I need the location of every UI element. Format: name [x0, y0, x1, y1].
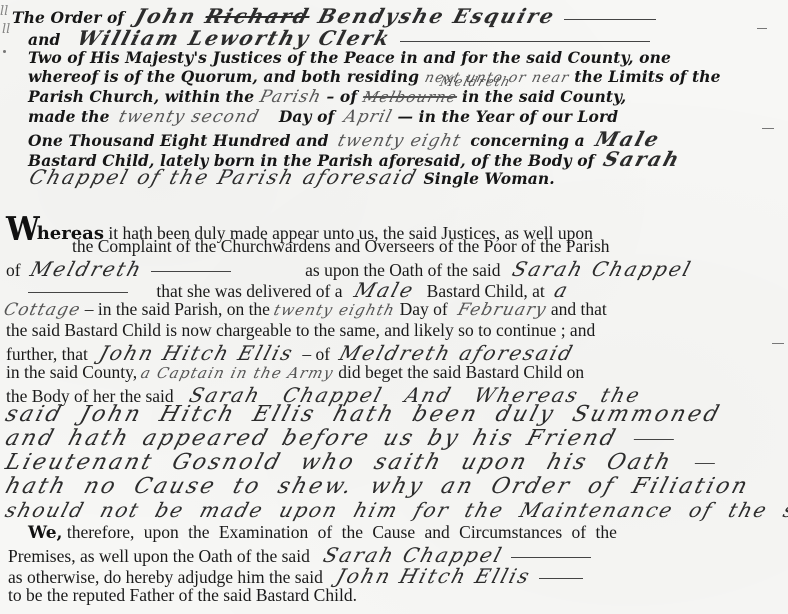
handwritten-sex: Male	[352, 280, 417, 300]
order-line-3: Two of His Majesty's Justices of the Pea…	[28, 50, 671, 66]
order-line-4: whereof is of the Quorum, and both resid…	[28, 69, 721, 85]
blackletter-heading: We,	[28, 523, 62, 543]
print-text: in the said Parish, on the	[98, 299, 270, 319]
fill-rule	[28, 292, 128, 293]
fill-rule	[151, 271, 231, 272]
whereas-line-2: the Complaint of the Churchwardens and O…	[72, 238, 610, 256]
print-text: of	[6, 260, 21, 280]
handwritten-parish: Parish	[258, 89, 323, 106]
print-text: Premises, as well upon the Oath of the s…	[8, 546, 310, 566]
print-text: Parish Church, within the	[28, 87, 254, 106]
handwritten-maintenance-line: should not be made upon him for the Main…	[3, 500, 788, 520]
whereas-line-5: Cottage – in the said Parish, on the twe…	[4, 301, 607, 319]
print-text: made the	[28, 107, 110, 126]
whereas-line-7: further, that John Hitch Ellis – of Meld…	[6, 343, 574, 364]
scanned-document-page: ll ll The Order of John Richard Bendyshe…	[0, 0, 788, 614]
fill-rule	[511, 557, 591, 558]
handwritten-text: Lieutenant Gosnold who saith upon his Oa…	[3, 450, 676, 475]
print-text: in the said County,	[6, 362, 137, 382]
we-line-1: We, therefore, upon the Examination of t…	[28, 524, 617, 542]
fill-rule	[539, 578, 583, 579]
handwritten-father-name: John Hitch Ellis	[97, 343, 296, 363]
we-line-2: Premises, as well upon the Oath of the s…	[8, 545, 595, 566]
handwritten-summons-line: said John Hitch Ellis hath been duly Sum…	[3, 404, 724, 426]
print-text: in the Year of our Lord	[419, 107, 619, 126]
print-text: and	[28, 30, 60, 49]
ink-speck	[3, 50, 6, 53]
order-line-5: Parish Church, within the Parish – of Me…	[28, 89, 626, 106]
print-text: as otherwise, do hereby adjudge him the …	[8, 567, 323, 587]
handwritten-mother-name: Sarah Chappel	[321, 545, 506, 565]
handwritten-struck-place: Melbourne	[361, 90, 459, 105]
print-text: concerning a	[470, 131, 584, 150]
whereas-line-3: of Meldreth as upon the Oath of the said…	[6, 259, 692, 280]
we-line-4: to be the reputed Father of the said Bas…	[8, 587, 357, 605]
whereas-line-6: the said Bastard Child is now chargeable…	[6, 322, 595, 340]
print-text: further, that	[6, 344, 88, 364]
order-line-6: made the twenty second Day of April — in…	[28, 109, 618, 126]
handwritten-mother-first-name: Sarah	[601, 149, 683, 169]
handwritten-text: and hath appeared before us by his Frien…	[3, 426, 621, 451]
handwritten-parish: Meldreth	[28, 259, 145, 279]
we-line-3: as otherwise, do hereby adjudge him the …	[8, 566, 587, 587]
fill-rule	[695, 463, 715, 464]
handwritten-cause-line: hath no Cause to shew. why an Order of F…	[3, 476, 752, 498]
fill-rule	[564, 19, 656, 20]
handwritten-sex: Male	[593, 129, 663, 149]
ink-speck	[772, 343, 784, 344]
print-text: Day of	[279, 107, 335, 126]
order-line-2: and William Leworthy Clerk	[28, 28, 654, 48]
print-text: that she was delivered of a	[156, 281, 342, 301]
print-text: of	[316, 344, 331, 364]
handwritten-birthplace: Cottage	[2, 302, 83, 319]
order-line-1: The Order of John Richard Bendyshe Esqui…	[12, 6, 660, 26]
handwritten-friend-line: Lieutenant Gosnold who saith upon his Oa…	[3, 452, 723, 474]
handwritten-article: a	[552, 280, 572, 300]
whereas-line-8: in the said County, a Captain in the Arm…	[6, 364, 584, 382]
handwritten-mother-surname: Chappel of the Parish aforesaid	[27, 167, 420, 187]
handwritten-birth-day: twenty eighth	[272, 303, 397, 318]
print-text: Single Woman.	[424, 169, 555, 188]
print-text: did beget the said Bastard Child on	[338, 362, 584, 382]
handwritten-year: twenty eight	[336, 133, 463, 150]
print-text: whereof is of the Quorum, and both resid…	[28, 67, 419, 86]
print-text: Bastard Child, at	[427, 281, 545, 301]
handwritten-day: twenty second	[117, 109, 261, 126]
print-text: The Order of	[12, 8, 124, 27]
print-text: and that	[551, 299, 607, 319]
handwritten-father-occupation: a Captain in the Army	[140, 366, 336, 381]
handwritten-birth-month: February	[456, 302, 549, 319]
print-text: of	[340, 87, 357, 106]
print-text: as upon the Oath of the said	[305, 260, 500, 280]
print-text: therefore, upon the Examination of the C…	[67, 522, 617, 542]
ink-speck	[757, 28, 767, 29]
fill-rule	[400, 41, 650, 42]
handwritten-appearance-line: and hath appeared before us by his Frien…	[3, 428, 682, 450]
margin-annotation: ll	[0, 4, 8, 19]
print-text: One Thousand Eight Hundred and	[28, 131, 329, 150]
ink-speck	[762, 128, 774, 129]
handwritten-justice-1: John Richard Bendyshe Esquire	[133, 6, 558, 26]
handwritten-month: April	[342, 109, 394, 126]
print-text: the Limits of the	[574, 67, 720, 86]
margin-annotation: ll	[2, 22, 10, 37]
handwritten-father-parish: Meldreth aforesaid	[338, 343, 578, 363]
handwritten-mother-name: Sarah Chappel	[510, 259, 695, 279]
handwritten-place-correction: Meldreth	[438, 76, 512, 89]
blackletter-initial: W	[6, 214, 37, 247]
handwritten-father-name: John Hitch Ellis	[334, 566, 533, 586]
print-text: Day of	[400, 299, 448, 319]
handwritten-justice-2: William Leworthy Clerk	[75, 28, 394, 48]
order-line-9: Chappel of the Parish aforesaid Single W…	[30, 167, 555, 188]
whereas-line-4: that she was delivered of a Male Bastard…	[24, 280, 569, 301]
fill-rule	[634, 439, 674, 440]
order-line-7: One Thousand Eight Hundred and twenty ei…	[28, 129, 660, 150]
